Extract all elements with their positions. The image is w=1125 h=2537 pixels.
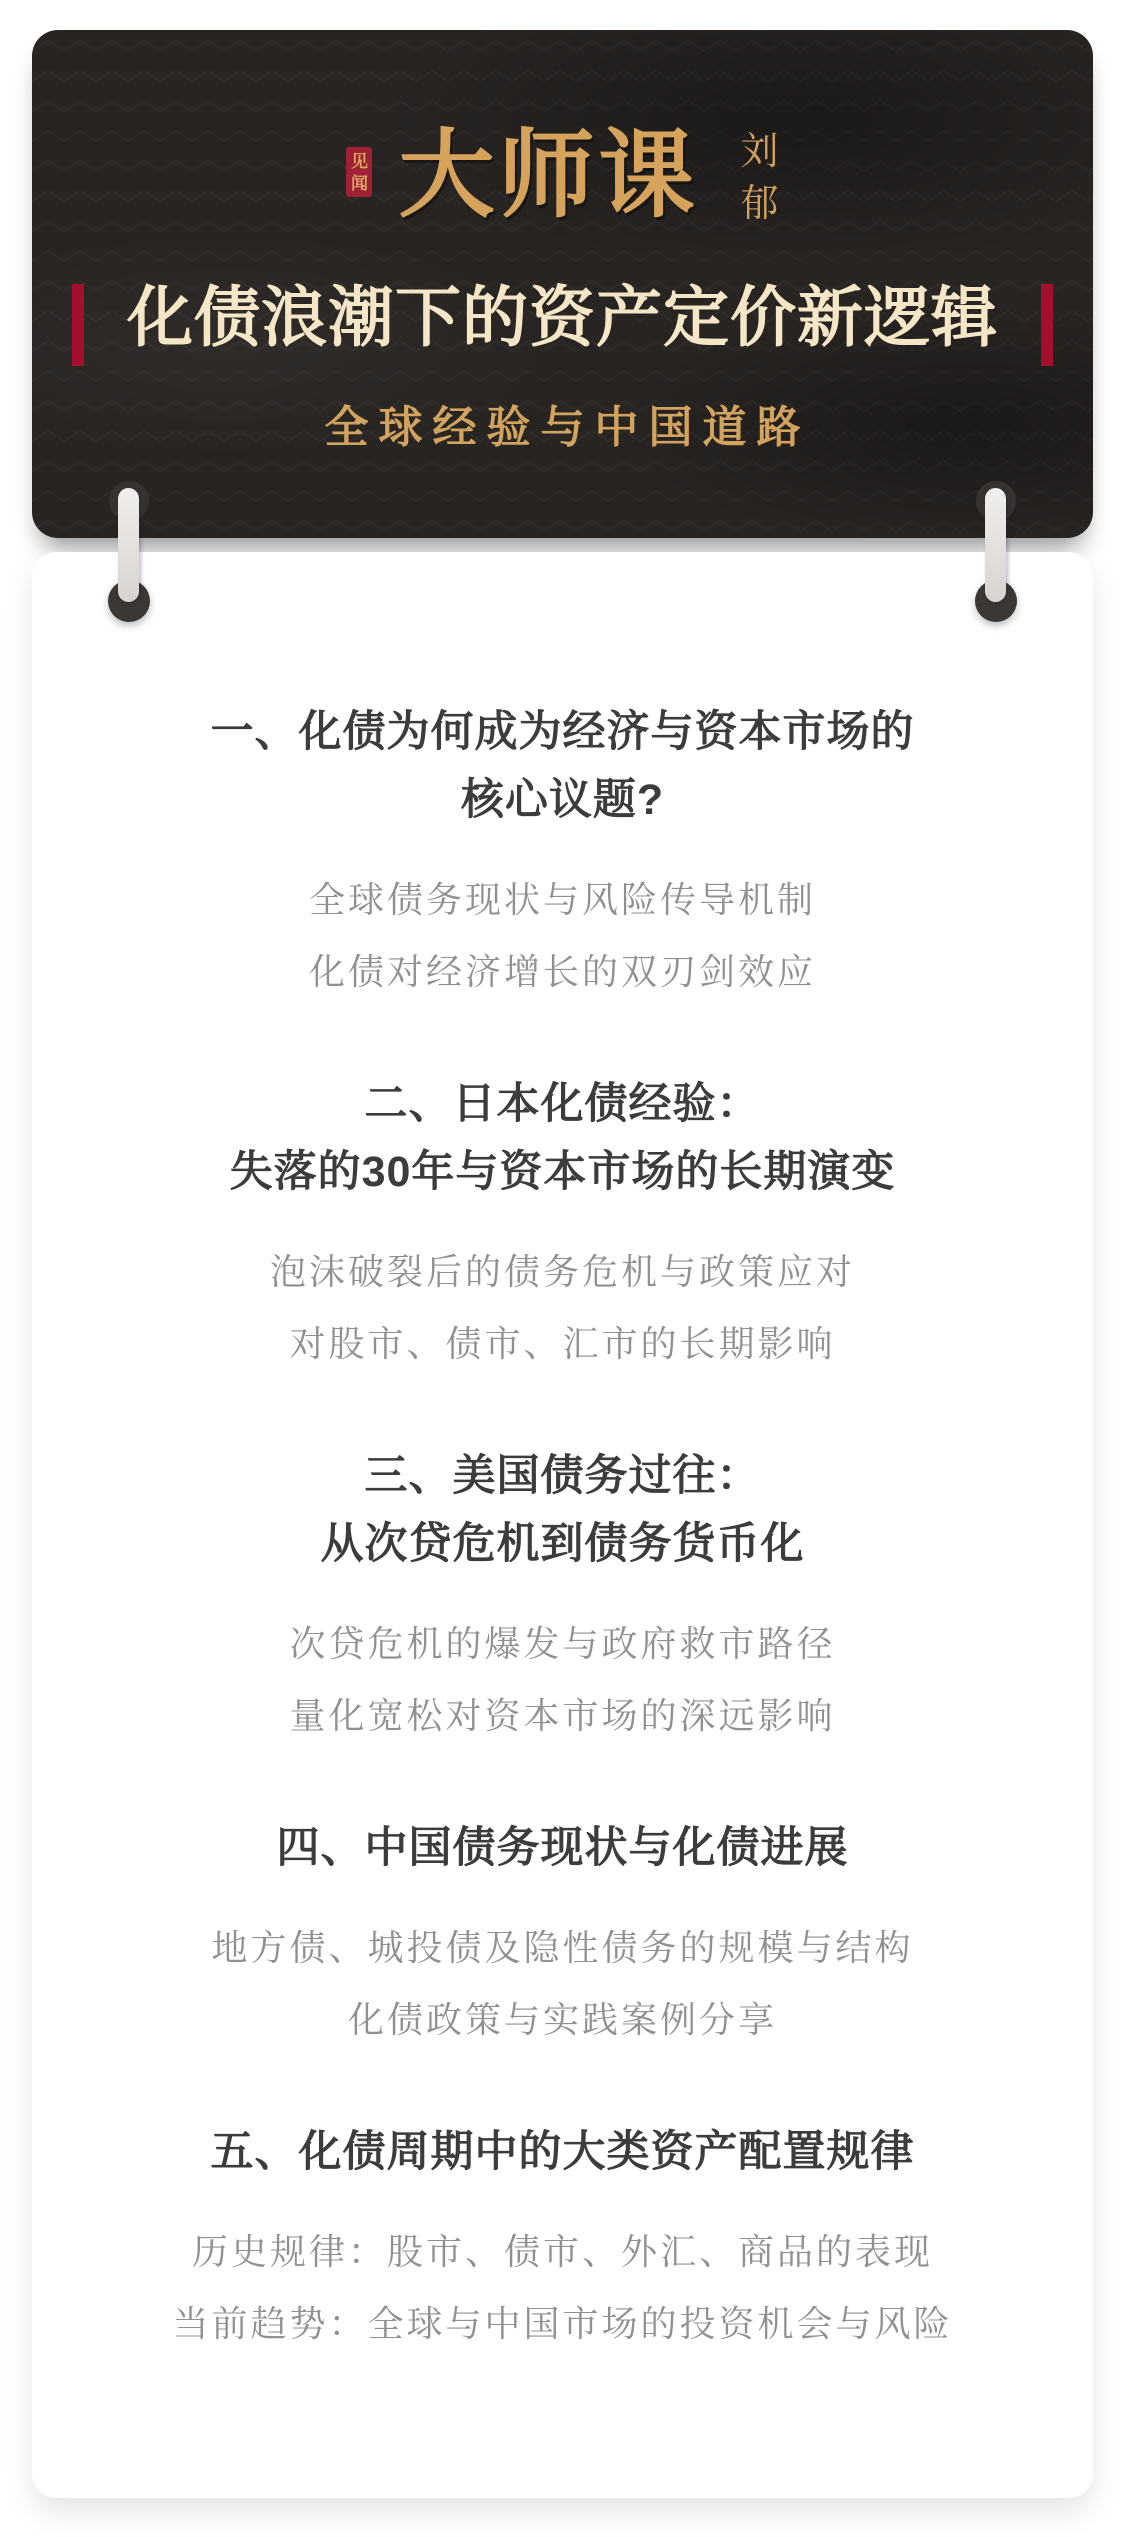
section-heading-line: 二、日本化债经验： bbox=[32, 1070, 1093, 1138]
badge-char: 闻 bbox=[351, 174, 368, 194]
section-items: 次贷危机的爆发与政府救市路径 量化宽松对资本市场的深远影响 bbox=[32, 1608, 1093, 1752]
toc-item: 全球债务现状与风险传导机制 bbox=[32, 864, 1093, 936]
presenter-char: 刘 bbox=[740, 133, 778, 171]
title-left-bar bbox=[72, 284, 84, 366]
title-row: 化债浪潮下的资产定价新逻辑 bbox=[72, 280, 1053, 366]
toc-item: 泡沫破裂后的债务危机与政策应对 bbox=[32, 1236, 1093, 1308]
badge-char: 见 bbox=[351, 152, 368, 172]
logo-row: 见 闻 大师课 刘 郁 bbox=[32, 115, 1093, 235]
section-items: 历史规律：股市、债市、外汇、商品的表现 当前趋势：全球与中国市场的投资机会与风险 bbox=[32, 2216, 1093, 2360]
section-heading-line: 一、化债为何成为经济与资本市场的 bbox=[32, 698, 1093, 766]
section-items: 全球债务现状与风险传导机制 化债对经济增长的双刃剑效应 bbox=[32, 864, 1093, 1008]
title-right-bar bbox=[1041, 284, 1053, 366]
section-heading-line: 五、化债周期中的大类资产配置规律 bbox=[32, 2118, 1093, 2186]
toc-section-3: 三、美国债务过往： 从次贷危机到债务货币化 次贷危机的爆发与政府救市路径 量化宽… bbox=[32, 1442, 1093, 1752]
toc-item: 量化宽松对资本市场的深远影响 bbox=[32, 1680, 1093, 1752]
toc-section-4: 四、中国债务现状与化债进展 地方债、城投债及隐性债务的规模与结构 化债政策与实践… bbox=[32, 1814, 1093, 2056]
section-heading-line: 核心议题? bbox=[32, 766, 1093, 834]
toc-item: 当前趋势：全球与中国市场的投资机会与风险 bbox=[32, 2288, 1093, 2360]
section-heading-line: 从次贷危机到债务货币化 bbox=[32, 1510, 1093, 1578]
masterclass-logo: 大师课 bbox=[398, 115, 698, 235]
toc-item: 地方债、城投债及隐性债务的规模与结构 bbox=[32, 1912, 1093, 1984]
toc-item: 对股市、债市、汇市的长期影响 bbox=[32, 1308, 1093, 1380]
binder-ring-left bbox=[118, 488, 139, 602]
toc-section-1: 一、化债为何成为经济与资本市场的 核心议题? 全球债务现状与风险传导机制 化债对… bbox=[32, 698, 1093, 1008]
toc-item: 历史规律：股市、债市、外汇、商品的表现 bbox=[32, 2216, 1093, 2288]
toc-item: 化债对经济增长的双刃剑效应 bbox=[32, 936, 1093, 1008]
course-title: 化债浪潮下的资产定价新逻辑 bbox=[84, 280, 1041, 358]
toc-card: 一、化债为何成为经济与资本市场的 核心议题? 全球债务现状与风险传导机制 化债对… bbox=[32, 552, 1093, 2498]
presenter-name: 刘 郁 bbox=[740, 133, 778, 223]
header-card: 见 闻 大师课 刘 郁 化债浪潮下的资产定价新逻辑 全球经验与中国道路 bbox=[32, 30, 1093, 538]
toc-item: 化债政策与实践案例分享 bbox=[32, 1984, 1093, 2056]
section-heading-line: 四、中国债务现状与化债进展 bbox=[32, 1814, 1093, 1882]
section-heading-line: 三、美国债务过往： bbox=[32, 1442, 1093, 1510]
section-items: 泡沫破裂后的债务危机与政策应对 对股市、债市、汇市的长期影响 bbox=[32, 1236, 1093, 1380]
presenter-char: 郁 bbox=[740, 185, 778, 223]
course-subtitle: 全球经验与中国道路 bbox=[32, 402, 1093, 455]
poster-canvas: 见 闻 大师课 刘 郁 化债浪潮下的资产定价新逻辑 全球经验与中国道路 一、化债… bbox=[0, 0, 1125, 2537]
jianwen-brand-badge: 见 闻 bbox=[346, 147, 372, 197]
toc-section-2: 二、日本化债经验： 失落的30年与资本市场的长期演变 泡沫破裂后的债务危机与政策… bbox=[32, 1070, 1093, 1380]
binder-ring-right bbox=[985, 488, 1006, 602]
toc-item: 次贷危机的爆发与政府救市路径 bbox=[32, 1608, 1093, 1680]
section-items: 地方债、城投债及隐性债务的规模与结构 化债政策与实践案例分享 bbox=[32, 1912, 1093, 2056]
section-heading-line: 失落的30年与资本市场的长期演变 bbox=[32, 1138, 1093, 1206]
toc-section-5: 五、化债周期中的大类资产配置规律 历史规律：股市、债市、外汇、商品的表现 当前趋… bbox=[32, 2118, 1093, 2360]
